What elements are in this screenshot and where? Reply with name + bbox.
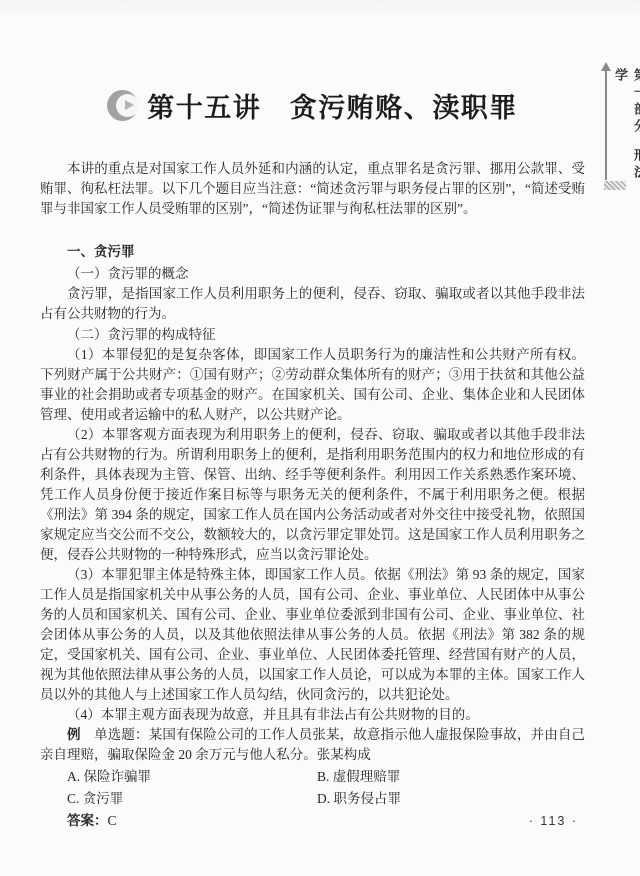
subsection-features-heading: （二）贪污罪的构成特征 bbox=[40, 324, 585, 345]
option-a: A. 保险诈骗罪 bbox=[67, 766, 317, 788]
example-question: 例单选题：某国有保险公司的工作人员张某，故意指示他人虚报保险事故，并由自己亲自理… bbox=[40, 725, 585, 765]
lecture-title-row: 第十五讲 贪污贿赂、渎职罪 bbox=[40, 86, 585, 125]
page-number: · 113 · bbox=[529, 814, 578, 828]
play-crescent-icon bbox=[107, 90, 138, 121]
lecture-body: 本讲的重点是对国家工作人员外延和内涵的认定，重点罪名是贪污罪、挪用公款罪、受贿罪… bbox=[40, 159, 585, 832]
feature-point-2: （2）本罪客观方面表现为利用职务上的便利，侵吞、窃取、骗取或者以其他手段非法占有… bbox=[40, 425, 585, 565]
answer-value: C bbox=[108, 813, 117, 828]
up-arrow-head-icon bbox=[601, 62, 611, 71]
concept-paragraph: 贪污罪，是指国家工作人员利用职务上的便利，侵吞、窃取、骗取或者以其他手段非法占有… bbox=[40, 284, 585, 324]
example-label: 例 bbox=[67, 727, 81, 742]
side-tab-hatch-mark bbox=[604, 181, 626, 190]
chapter-side-tab: 第一部分刑法学 bbox=[604, 62, 628, 190]
bullet-play-triangle bbox=[125, 100, 134, 110]
example-options: A. 保险诈骗罪 B. 虚假理赔罪 C. 贪污罪 D. 职务侵占罪 bbox=[67, 766, 585, 810]
example-question-text: 单选题：某国有保险公司的工作人员张某，故意指示他人虚报保险事故，并由自己亲自理赔… bbox=[40, 727, 585, 762]
lecture-title: 第十五讲 贪污贿赂、渎职罪 bbox=[147, 86, 518, 125]
option-b: B. 虚假理赔罪 bbox=[317, 766, 585, 788]
intro-paragraph: 本讲的重点是对国家工作人员外延和内涵的认定，重点罪名是贪污罪、挪用公款罪、受贿罪… bbox=[40, 159, 585, 219]
answer-line: 答案：C bbox=[40, 810, 585, 832]
subsection-concept-heading: （一）贪污罪的概念 bbox=[40, 263, 585, 284]
book-page: 第一部分刑法学 第十五讲 贪污贿赂、渎职罪 本讲的重点是对国家工作人员外延和内涵… bbox=[0, 0, 640, 876]
option-d: D. 职务侵占罪 bbox=[317, 788, 585, 810]
feature-point-3: （3）本罪犯罪主体是特殊主体，即国家工作人员。依据《刑法》第 93 条的规定，国… bbox=[40, 565, 585, 705]
side-tab-part-label: 第一部分 bbox=[632, 68, 640, 136]
feature-point-1: （1）本罪侵犯的是复杂客体，即国家工作人员职务行为的廉洁性和公共财产所有权。下列… bbox=[40, 345, 585, 425]
option-c: C. 贪污罪 bbox=[67, 788, 317, 810]
feature-point-4: （4）本罪主观方面表现为故意，并且具有非法占有公共财物的目的。 bbox=[40, 705, 585, 725]
page-content: 第十五讲 贪污贿赂、渎职罪 本讲的重点是对国家工作人员外延和内涵的认定，重点罪名… bbox=[40, 86, 585, 832]
side-tab-text: 第一部分刑法学 bbox=[611, 68, 640, 190]
section-heading-corruption: 一、贪污罪 bbox=[40, 241, 585, 263]
answer-label: 答案： bbox=[67, 813, 108, 828]
up-arrow-icon bbox=[605, 70, 607, 180]
